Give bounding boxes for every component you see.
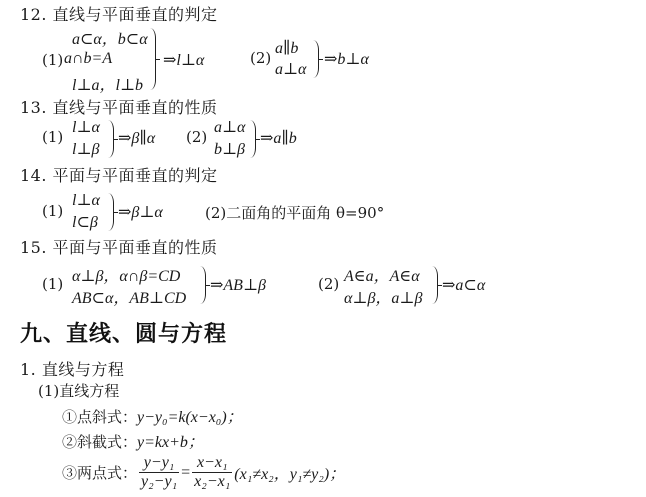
s13-p2-brace [250,120,256,158]
section-12-title: 12. 直线与平面垂直的判定 [20,2,218,25]
fraction-right-denominator: x₂−x₁ [192,473,232,491]
formula-two-point-condition: (x₁≠x₂，y₁≠y₂)； [234,461,345,484]
s14-p2-text: (2)二面角的平面角 θ=90° [205,202,384,223]
formula-slope-intercept: ②斜截式：y=kx+b； [62,429,204,452]
s13-p2-line-1: a⊥α [214,117,245,137]
s13-p2-result: ⇒a∥b [260,128,297,148]
s12-p2-result: ⇒b⊥α [324,49,369,69]
s13-p1-result: ⇒β∥α [118,128,155,148]
s12-p1-line-2: a∩b=A [64,50,112,68]
s14-p1-line-2: l⊂β [72,212,98,232]
s13-p2-line-2: b⊥β [214,139,245,159]
s12-p2-line-2: a⊥α [275,59,306,79]
s15-p2-label: (2) [318,275,339,293]
s14-p1-line-1: l⊥α [72,190,100,210]
s13-p1-brace [108,120,114,158]
s15-p1-line-1: α⊥β，α∩β=CD [72,263,180,286]
formula-slope-intercept-expr: y=kx+b； [137,434,204,451]
fraction-left: y−y₁ y₂−y₁ [139,454,179,491]
section-14-title: 14. 平面与平面垂直的判定 [20,163,218,186]
fraction-right-numerator: x−x₁ [192,454,232,473]
formula-point-slope-expr: y−y₀=k(x−x₀)； [137,409,243,426]
s14-p1-brace [108,193,114,231]
s14-p1-result: ⇒β⊥α [118,202,163,222]
s15-p2-result: ⇒a⊂α [442,275,485,295]
s15-p2-line-2: α⊥β，a⊥β [344,285,422,308]
fraction-left-numerator: y−y₁ [139,454,179,473]
section-15-title: 15. 平面与平面垂直的性质 [20,235,218,258]
fraction-right: x−x₁ x₂−x₁ [192,454,232,491]
formula-slope-intercept-label: ②斜截式： [62,433,137,451]
s12-p1-brace [150,28,156,90]
s14-p1-label: (1) [42,202,63,220]
s13-p2-label: (2) [186,128,207,146]
s12-p1-line-3: l⊥a，l⊥b [72,72,143,95]
s15-p1-brace [200,266,206,304]
s15-p1-result: ⇒AB⊥β [210,275,266,295]
s15-p2-line-1: A∈a，A∈α [344,263,420,286]
section-13-title: 13. 直线与平面垂直的性质 [20,95,218,118]
chapter-title: 九、直线、圆与方程 [20,317,227,348]
s15-p1-line-2: AB⊂α，AB⊥CD [72,285,186,308]
subsection-1-title: (1)直线方程 [38,380,119,401]
s13-p1-label: (1) [42,128,63,146]
s12-p2-line-1: a∥b [275,38,298,58]
s12-p1-result: ⇒l⊥α [163,50,204,70]
s13-p1-line-1: l⊥α [72,117,100,137]
s13-p1-line-2: l⊥β [72,139,99,159]
s15-p1-label: (1) [42,275,63,293]
formula-point-slope: ①点斜式：y−y₀=k(x−x₀)； [62,404,243,427]
formula-two-point-label: ③两点式： [62,462,137,483]
chapter-section-1-title: 1. 直线与方程 [20,357,124,380]
formula-two-point: ③两点式： y−y₁ y₂−y₁ = x−x₁ x₂−x₁ (x₁≠x₂，y₁≠… [62,454,345,491]
equals-sign: = [181,464,190,482]
s12-p1-label: (1) [42,51,63,69]
s12-p1-line-1: a⊂α，b⊂α [72,26,148,49]
s12-p2-label: (2) [250,49,271,67]
fraction-left-denominator: y₂−y₁ [139,473,179,491]
s15-p2-brace [432,266,438,304]
formula-point-slope-label: ①点斜式： [62,408,137,426]
s12-p2-brace [313,40,319,78]
